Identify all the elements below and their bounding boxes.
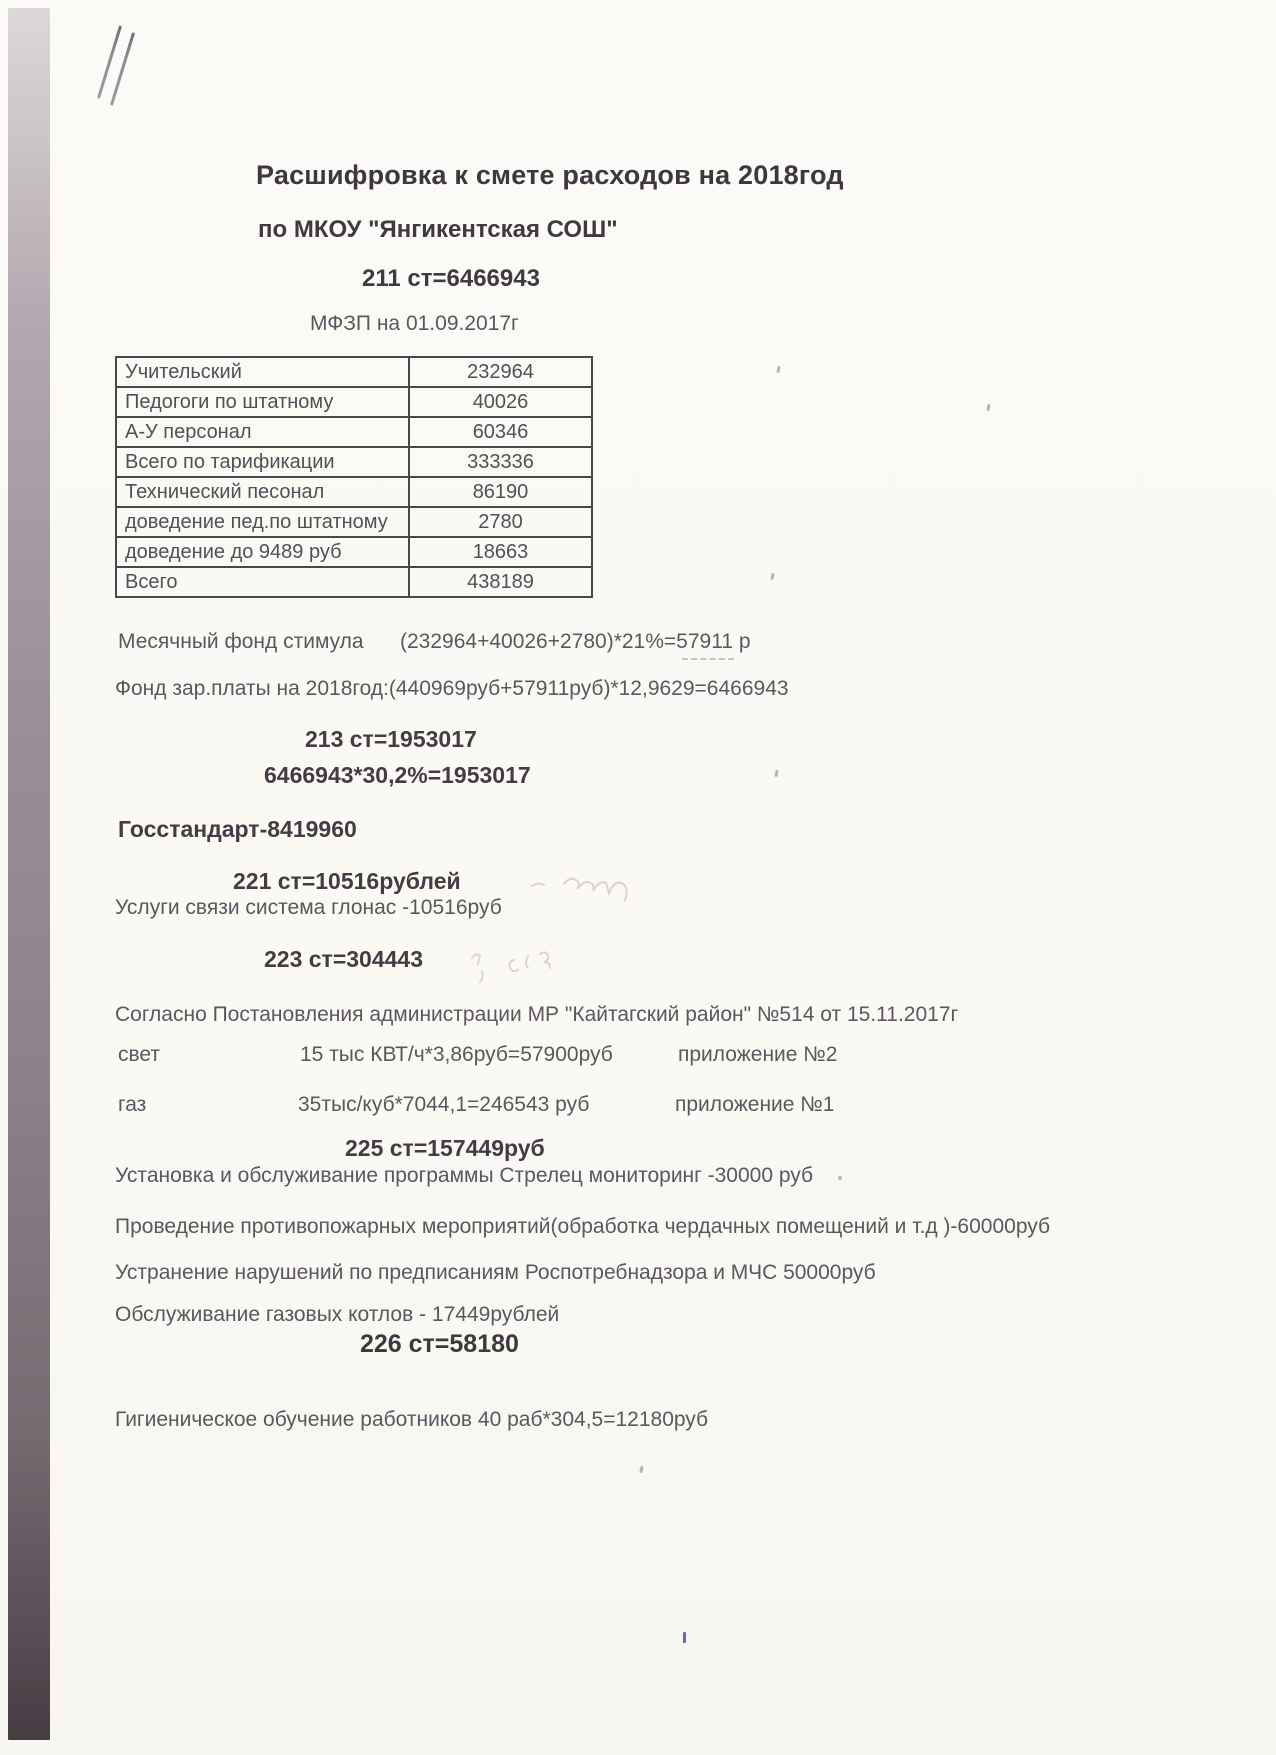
monthly-fund-formula: (232964+40026+2780)*21%=57911 р	[400, 630, 751, 654]
scan-speck	[838, 1176, 842, 1180]
section-225-line: Устранение нарушений по предписаниям Рос…	[115, 1261, 876, 1285]
scan-speck	[986, 404, 990, 411]
row-label: А-У персонал	[116, 417, 409, 447]
utility-row-note: приложение №1	[675, 1093, 835, 1117]
section-213-formula: 6466943*30,2%=1953017	[264, 762, 531, 789]
row-value: 18663	[409, 537, 592, 567]
row-label: Всего по тарификации	[116, 447, 409, 477]
scan-edge-strip	[8, 8, 50, 1740]
row-value: 333336	[409, 447, 592, 477]
section-226-header: 226 ст=58180	[360, 1330, 519, 1359]
table-row: Технический песонал 86190	[116, 477, 592, 507]
row-value: 60346	[409, 417, 592, 447]
pen-tick-mark	[683, 1632, 686, 1643]
row-label: Технический песонал	[116, 477, 409, 507]
section-225-line: Обслуживание газовых котлов - 17449рубле…	[115, 1303, 559, 1327]
table-row: Педогоги по штатному 40026	[116, 387, 592, 417]
utility-row-label: газ	[118, 1093, 146, 1117]
table-row: доведение до 9489 руб 18663	[116, 537, 592, 567]
table-row: Учительский 232964	[116, 357, 592, 387]
section-225-line: Проведение противопожарных мероприятий(о…	[115, 1215, 1050, 1239]
table-row: А-У персонал 60346	[116, 417, 592, 447]
row-value: 232964	[409, 357, 592, 387]
section-225-header: 225 ст=157449руб	[345, 1135, 545, 1162]
salary-fund-line: Фонд зар.платы на 2018год:(440969руб+579…	[115, 677, 789, 701]
mfzp-caption: МФЗП на 01.09.2017г	[310, 312, 519, 336]
row-value: 40026	[409, 387, 592, 417]
pencil-handwriting-mark	[468, 946, 598, 990]
row-value: 86190	[409, 477, 592, 507]
utility-row-note: приложение №2	[678, 1043, 838, 1067]
section-223-basis: Согласно Постановления администрации МР …	[115, 1003, 958, 1027]
doc-subtitle: по МКОУ "Янгикентская СОШ"	[258, 216, 618, 244]
table-row: Всего 438189	[116, 567, 592, 597]
section-221-header: 221 ст=10516рублей	[233, 868, 461, 895]
utility-row-formula: 35тыс/куб*7044,1=246543 руб	[298, 1093, 589, 1117]
scan-speck	[774, 770, 778, 777]
section-223-header: 223 ст=304443	[264, 946, 423, 973]
row-value: 438189	[409, 567, 592, 597]
scan-speck	[776, 366, 780, 373]
doc-title: Расшифровка к смете расходов на 2018год	[256, 160, 844, 191]
row-label: доведение пед.по штатному	[116, 507, 409, 537]
utility-row-label: свет	[118, 1043, 160, 1067]
scan-speck	[639, 1466, 643, 1473]
scanned-document-page: Расшифровка к смете расходов на 2018год …	[0, 0, 1276, 1755]
table-row: доведение пед.по штатному 2780	[116, 507, 592, 537]
utility-row-formula: 15 тыс КВТ/ч*3,86руб=57900руб	[300, 1043, 613, 1067]
pencil-underline-mark	[682, 658, 734, 660]
pencil-handwriting-mark	[530, 868, 650, 902]
table-row: Всего по тарификации 333336	[116, 447, 592, 477]
row-label: Учительский	[116, 357, 409, 387]
row-label: доведение до 9489 руб	[116, 537, 409, 567]
section-211-header: 211 ст=6466943	[362, 265, 540, 293]
section-225-line: Установка и обслуживание программы Стрел…	[115, 1164, 813, 1188]
section-213-header: 213 ст=1953017	[305, 726, 477, 753]
row-label: Всего	[116, 567, 409, 597]
scan-speck	[770, 573, 774, 580]
row-value: 2780	[409, 507, 592, 537]
gosstandart-line: Госстандарт-8419960	[118, 816, 357, 843]
section-226-line: Гигиеническое обучение работников 40 раб…	[115, 1408, 708, 1432]
monthly-fund-label: Месячный фонд стимула	[118, 630, 364, 654]
section-221-line: Услуги связи система глонас -10516руб	[115, 896, 502, 920]
row-label: Педогоги по штатному	[116, 387, 409, 417]
payroll-fund-table: Учительский 232964 Педогоги по штатному …	[115, 356, 593, 598]
